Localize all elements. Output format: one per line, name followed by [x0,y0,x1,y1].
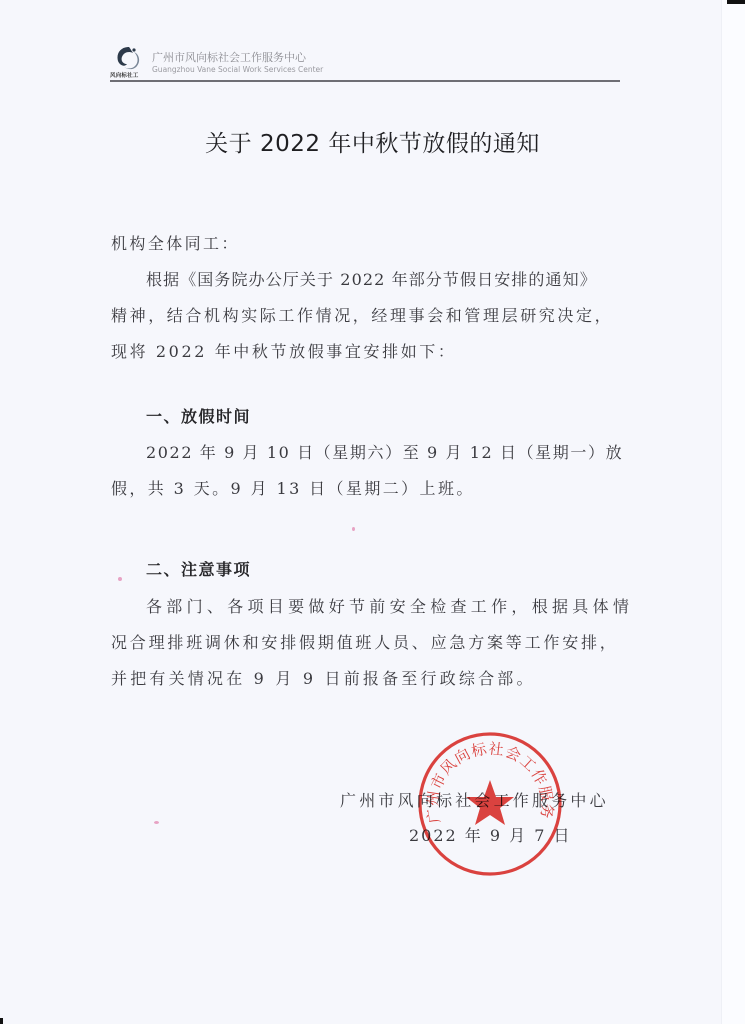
section-line: 假，共 3 天。9 月 13 日（星期二）上班。 [111,476,475,499]
scan-speck [352,527,355,531]
intro-line: 现将 2022 年中秋节放假事宜安排如下： [111,339,457,362]
section-line: 2022 年 9 月 10 日（星期六）至 9 月 12 日（星期一）放 [146,440,623,463]
official-seal: 广州市风向标社会工作服务中心 [416,730,564,878]
star-icon [466,780,514,825]
scan-speck [118,577,122,581]
section-line: 各部门、各项目要做好节前安全检查工作，根据具体情 [146,594,633,617]
section-line: 况合理排班调休和安排假期值班人员、应急方案等工作安排， [111,630,619,653]
org-name-cn: 广州市风向标社会工作服务中心 [152,49,306,65]
section-line: 并把有关情况在 9 月 9 日前报备至行政综合部。 [111,666,536,689]
org-name-en: Guangzhou Vane Social Work Services Cent… [152,65,323,74]
intro-line: 根据《国务院办公厅关于 2022 年部分节假日安排的通知》 [146,267,597,290]
document-title: 关于 2022 年中秋节放假的通知 [0,125,745,158]
intro-line: 精神，结合机构实际工作情况，经理事会和管理层研究决定， [111,303,613,326]
scan-speck [154,821,159,824]
letterhead: 风向标社工 广州市风向标社会工作服务中心 Guangzhou Vane Soci… [110,44,650,84]
salutation: 机构全体同工： [111,231,240,254]
logo-caption: 风向标社工 [110,71,139,79]
scan-corner-mark [727,0,745,4]
letterhead-divider [110,80,620,82]
scan-corner-mark [0,1018,3,1024]
section-heading-notes: 二、注意事项 [146,557,251,580]
section-heading-holiday-time: 一、放假时间 [146,404,251,427]
